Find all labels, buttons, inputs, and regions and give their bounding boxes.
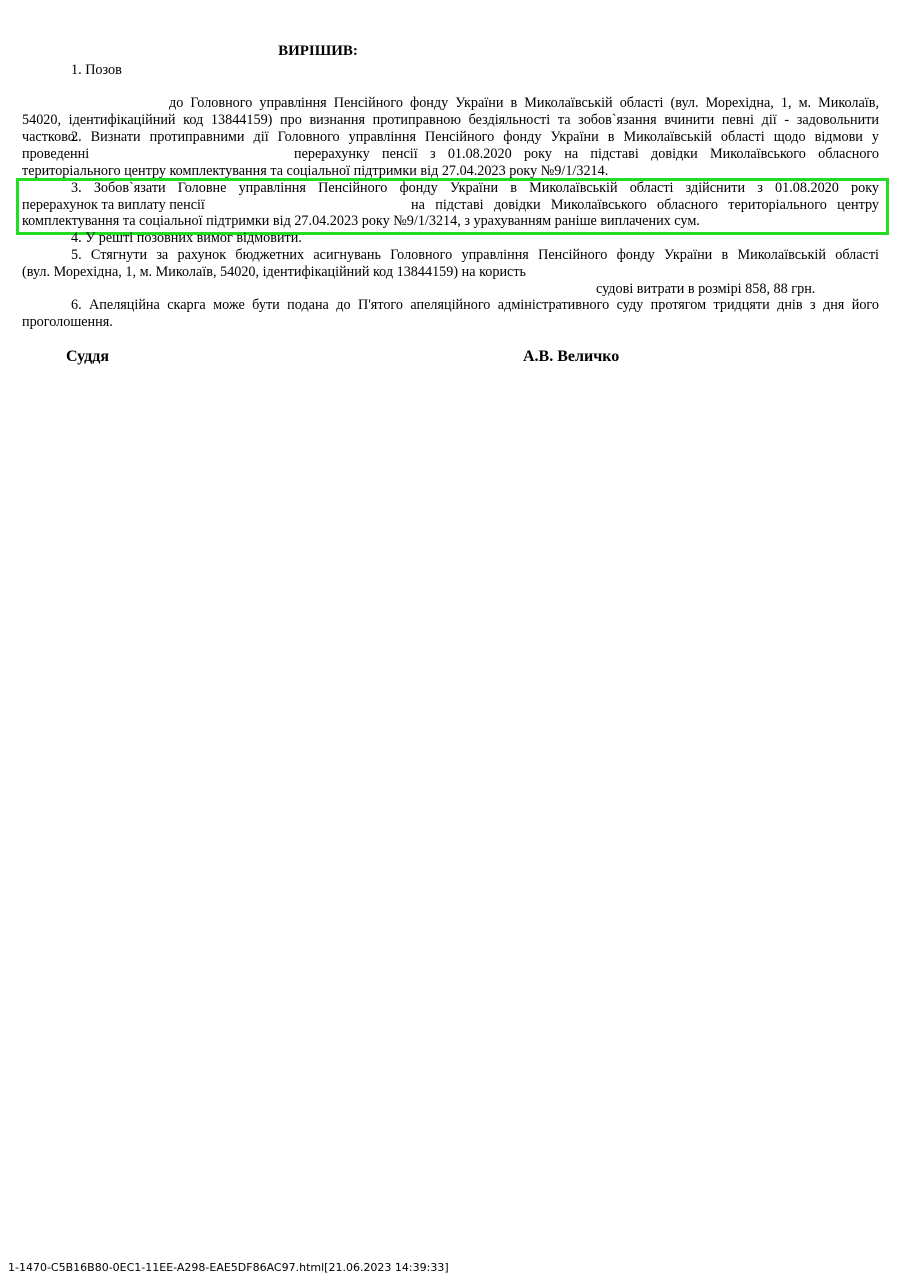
item-6-line-2: проголошення. bbox=[22, 314, 222, 331]
item-1-line-1: 1. Позов bbox=[71, 62, 371, 79]
item-3-line-3: комплектування та соціальної підтримки в… bbox=[22, 213, 879, 230]
item-3-line-2b: на підставі довідки Миколаївського облас… bbox=[411, 197, 879, 214]
item-4-line-1: 4. У решті позовних вимог відмовити. bbox=[71, 230, 471, 247]
footer-filename: 1-1470-C5B16B80-0EC1-11EE-A298-EAE5DF86A… bbox=[8, 1261, 449, 1275]
item-2-line-2b: перерахунку пенсії з 01.08.2020 року на … bbox=[294, 146, 879, 163]
item-3-line-2a: перерахунок та виплату пенсії bbox=[22, 197, 242, 214]
judge-role: Суддя bbox=[66, 347, 109, 367]
item-5-line-3: судові витрати в розмірі 858, 88 грн. bbox=[596, 281, 856, 298]
item-3-line-1: 3. Зобов`язати Головне управління Пенсій… bbox=[71, 180, 879, 197]
item-5-line-2: (вул. Морехідна, 1, м. Миколаїв, 54020, … bbox=[22, 264, 622, 281]
item-6-line-1: 6. Апеляційна скарга може бути подана до… bbox=[71, 297, 879, 314]
item-2-line-2a: проведенні bbox=[22, 146, 142, 163]
judge-name: А.В. Величко bbox=[523, 347, 619, 367]
item-1-line-3: 54020, ідентифікаційний код 13844159) пр… bbox=[22, 112, 879, 129]
item-1-line-2: до Головного управління Пенсійного фонду… bbox=[169, 95, 879, 112]
item-5-line-1: 5. Стягнути за рахунок бюджетних асигнув… bbox=[71, 247, 879, 264]
decision-heading: ВИРІШИВ: bbox=[0, 42, 636, 60]
item-2-line-1: 2. Визнати протиправними дії Головного у… bbox=[71, 129, 879, 146]
